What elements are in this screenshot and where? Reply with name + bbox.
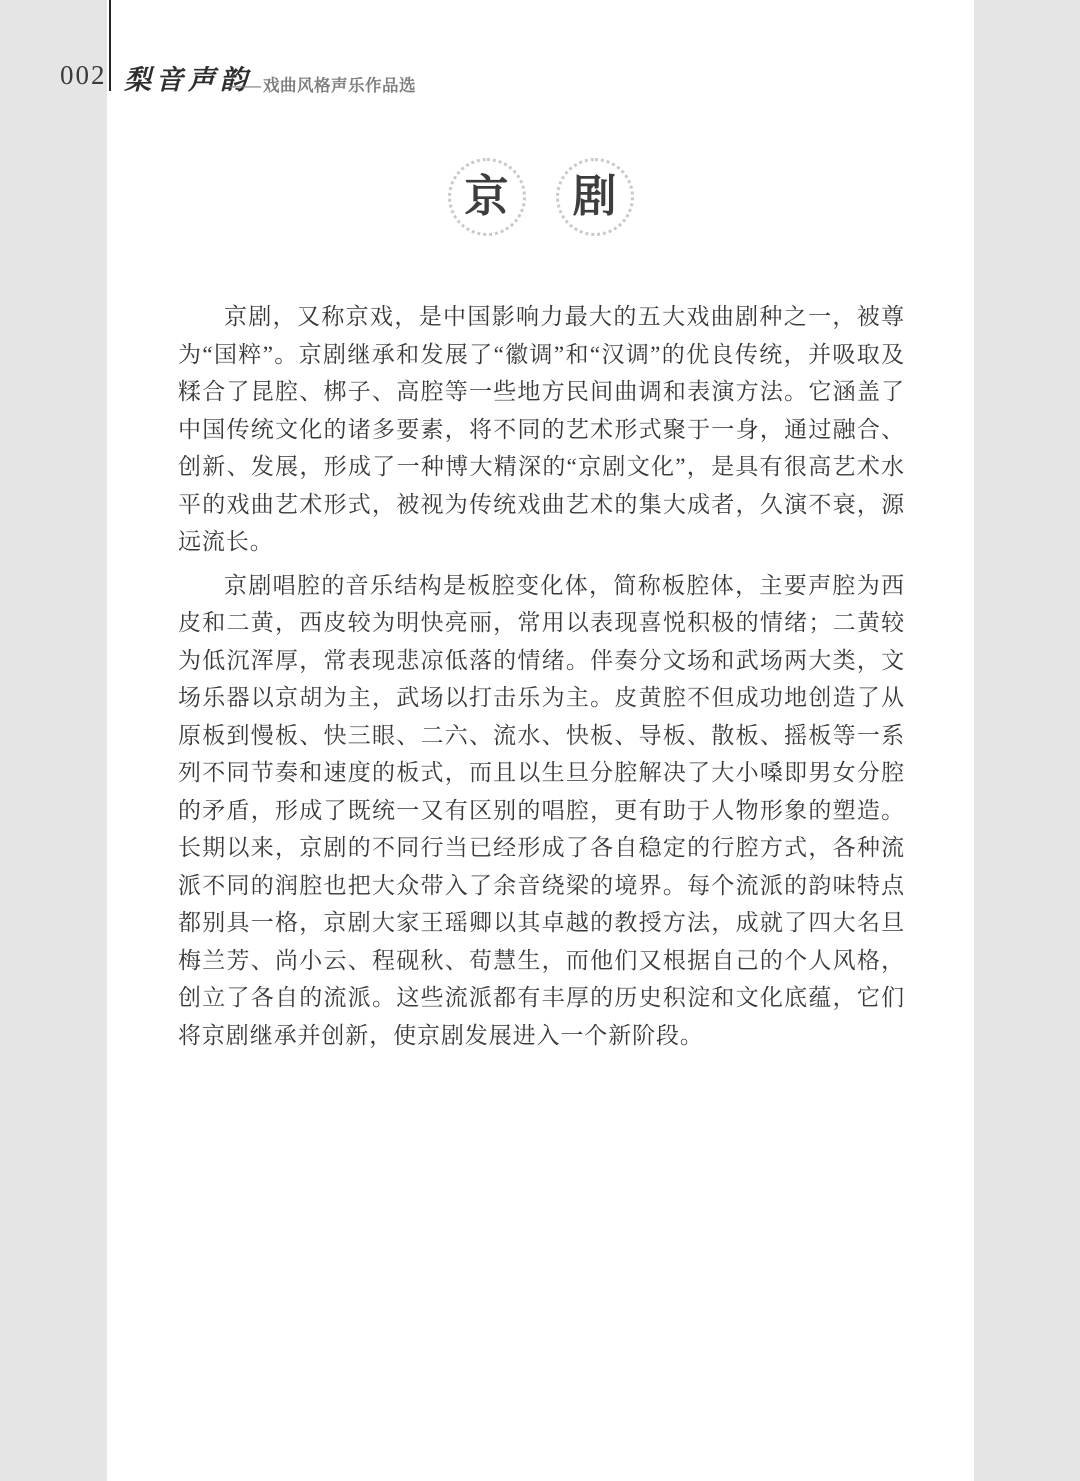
body-paragraph-2: 京剧唱腔的音乐结构是板腔变化体，简称板腔体，主要声腔为西皮和二黄，西皮较为明快亮… [178,567,905,1055]
subtitle-dash: —— [228,76,261,95]
book-subtitle-row: ——戏曲风格声乐作品选 [228,72,416,96]
header-divider-line [109,0,111,91]
body-text: 京剧，又称京戏，是中国影响力最大的五大戏曲剧种之一，被尊为“国粹”。京剧继承和发… [178,298,905,1060]
book-subtitle: 戏曲风格声乐作品选 [263,76,416,95]
chapter-title: 京 剧 [107,158,974,236]
seal-circle-1: 京 [448,158,526,236]
body-paragraph-1: 京剧，又称京戏，是中国影响力最大的五大戏曲剧种之一，被尊为“国粹”。京剧继承和发… [178,298,905,561]
chapter-title-char-2: 剧 [573,175,617,219]
chapter-title-char-1: 京 [465,175,509,219]
seal-circle-2: 剧 [556,158,634,236]
page-number: 002 [60,60,107,91]
scanned-book-page: 002 梨音声韵 ——戏曲风格声乐作品选 京 剧 京剧，又称京戏，是中国影响力最… [0,0,1080,1481]
